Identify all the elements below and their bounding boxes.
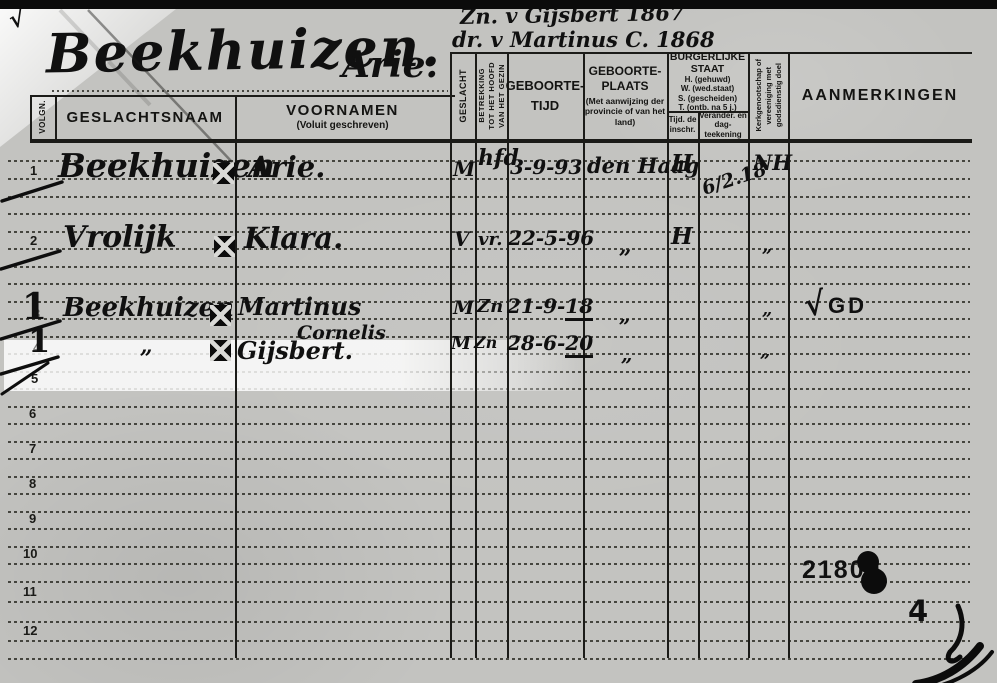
row-number: 8: [29, 476, 36, 491]
row1-sex: M: [453, 157, 475, 181]
row4-sex: M: [451, 333, 471, 354]
card-title-firstname: Arie.: [342, 44, 438, 86]
column-header-kerkgenootschap: Kerkgenootschap of vereeniging met godsd…: [748, 52, 788, 139]
row4-birthdate: 28-6-20: [507, 331, 593, 355]
ruled-dotted-line: [8, 658, 970, 660]
row-number: 6: [29, 406, 36, 421]
column-header-volgn: VOLGN.: [30, 95, 55, 139]
row1-civilstatus: H: [671, 150, 693, 177]
column-header-verander: Verander. en dag- teekening: [698, 111, 748, 139]
row1-church: NH: [753, 150, 792, 175]
row-number: 7: [29, 441, 36, 456]
ruled-dotted-line: [8, 546, 970, 548]
row-number: 9: [29, 511, 36, 526]
column-header-voornamen: VOORNAMEN (Voluit geschreven): [235, 95, 450, 139]
ruled-dotted-line: [8, 528, 970, 530]
ruled-dotted-line: [8, 621, 970, 623]
column-header-geslachtsnaam: GESLACHTSNAAM: [55, 95, 235, 139]
ruled-dotted-line: [8, 476, 970, 478]
col-line-betrekking-left: [475, 52, 477, 658]
row4-number-overwrite: 1: [28, 322, 50, 360]
row3-relation: Zn: [477, 296, 503, 317]
ruled-dotted-line: [8, 441, 970, 443]
row-number: 12: [23, 623, 37, 638]
col-line-aanmerkingen-left: [788, 52, 790, 658]
pen-flourish: [916, 646, 980, 683]
row2-birthplace-ditto: „: [619, 233, 632, 259]
row3-birthdate: 21-9-18: [507, 294, 593, 318]
row1-surname: Beekhuizen: [58, 146, 275, 185]
row-number: 11: [23, 584, 37, 599]
ruled-dotted-line: [8, 266, 970, 268]
scan-border-top: [0, 0, 997, 9]
ruled-dotted-line: [8, 423, 970, 425]
column-header-tijd-inschr: Tijd. de inschr.: [667, 111, 698, 139]
col-line-burgstaat-left: [667, 52, 669, 658]
column-header-geboorteplaats: GEBOORTE- PLAATS (Met aanwijzing der pro…: [583, 52, 667, 139]
ruled-dotted-line: [8, 196, 970, 198]
row1-firstname: Arie.: [248, 150, 325, 184]
ruled-dotted-line: [8, 406, 970, 408]
row4-relation: Zn: [474, 333, 497, 352]
row2-birthdate: 22-5-96: [508, 226, 594, 250]
ruled-dotted-line: [8, 640, 970, 642]
row-number: 5: [31, 371, 38, 386]
row3-church-ditto: „: [762, 299, 772, 320]
ruled-dotted-line: [8, 493, 970, 495]
ruled-dotted-line: [8, 511, 970, 513]
row4-firstname-added: Cornelis: [297, 322, 386, 344]
registry-punch-icon: [214, 236, 235, 257]
col-line-gebtijd-left: [507, 52, 509, 658]
registry-punch-icon: [210, 340, 231, 361]
row-number: 2: [30, 233, 37, 248]
col-line-verander-left: [698, 111, 700, 658]
column-header-betrekking: BETREKKING TOT HET HOOFD VAN HET GEZIN: [475, 52, 507, 139]
row3-surname: Beekhuizen: [63, 293, 234, 323]
ruled-dotted-line: [8, 458, 970, 460]
row1-birthdate: 3-9-93: [510, 155, 582, 179]
pen-stroke: [2, 182, 62, 201]
col-line-geslacht-left: [450, 52, 452, 658]
column-header-geslacht: GESLACHT: [450, 52, 475, 139]
ruled-dotted-line: [8, 213, 970, 215]
row3-remark-stamp: GD: [828, 293, 867, 319]
row3-birthplace-ditto: „: [619, 303, 631, 327]
column-header-aanmerkingen: AANMERKINGEN: [788, 52, 972, 139]
row2-relation: vr.: [478, 229, 503, 250]
serial-number-stamp: 21800: [802, 556, 882, 585]
corner-page-number: 4: [908, 594, 928, 628]
row2-church-ditto: „: [762, 236, 772, 257]
row2-surname: Vrolijk: [63, 220, 177, 255]
row3-remark-check: √: [801, 284, 827, 325]
row2-civilstatus: H: [671, 223, 693, 250]
pen-flourish: [912, 652, 992, 683]
column-header-geboortetijd: GEBOORTE- TIJD: [507, 52, 583, 139]
family-record-card: √ Beekhuizen. Arie. Zn. v Gijsbert 1867 …: [0, 0, 997, 683]
row-number: 10: [23, 546, 37, 561]
row2-firstname: Klara.: [244, 221, 343, 255]
row3-sex: M: [453, 297, 474, 319]
pen-flourish: [948, 606, 962, 661]
row4-surname-ditto: „: [140, 333, 153, 359]
header-bottom-line: [30, 139, 972, 143]
row4-church-ditto: „: [760, 341, 770, 362]
row4-birthplace-ditto: „: [621, 342, 633, 366]
row-number: 1: [30, 163, 37, 178]
col-line-kerk-left: [748, 52, 750, 658]
title-dotted-underline: [52, 90, 448, 92]
registry-punch-icon: [210, 305, 231, 326]
ruled-dotted-line: [8, 283, 970, 285]
row2-sex: V: [454, 227, 470, 251]
column-header-burgerlijke-staat: BURGERLIJKE STAAT H. (gehuwd) W. (wed.st…: [667, 52, 748, 111]
ruled-dotted-line: [8, 601, 970, 603]
annotation-mother: dr. v Martinus C. 1868: [452, 27, 715, 52]
row3-firstname: Martinus: [238, 292, 361, 321]
registry-punch-icon: [213, 163, 234, 184]
